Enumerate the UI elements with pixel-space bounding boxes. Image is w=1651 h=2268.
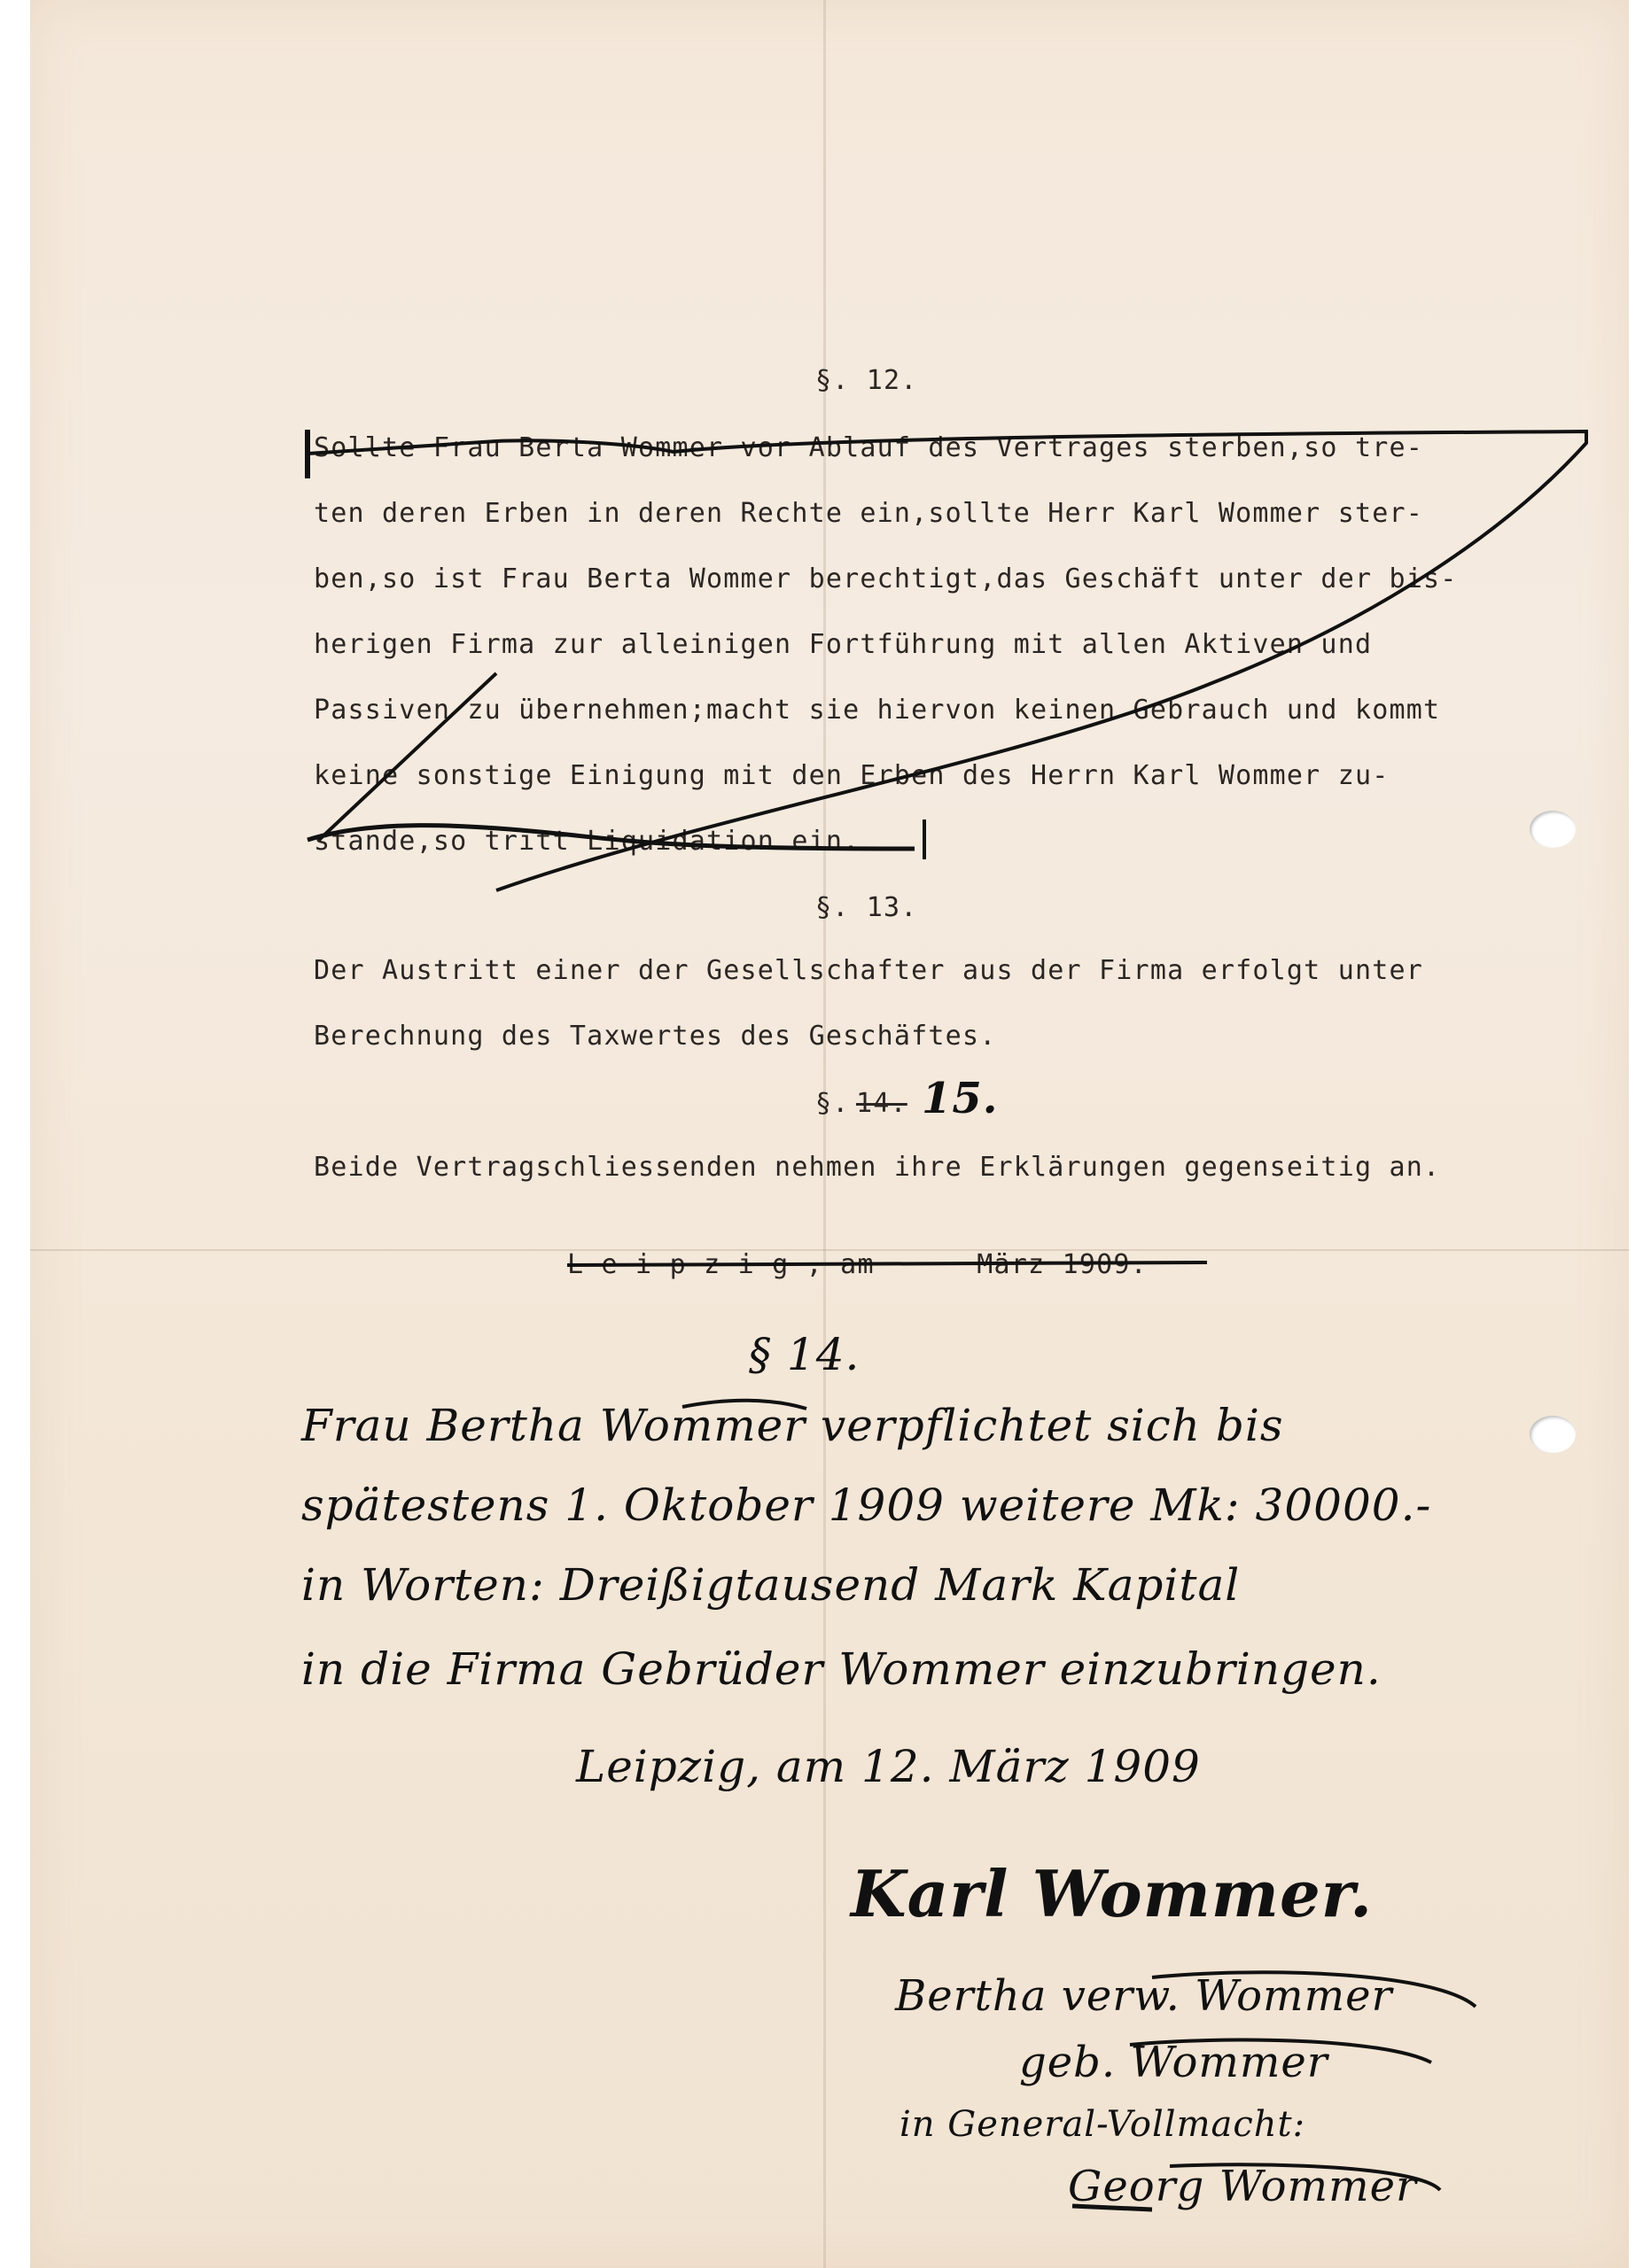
handwritten-line-1: Frau Bertha Wommer verpflichtet sich bis (301, 1400, 1284, 1451)
section-12-line-2: ten deren Erben in deren Rechte ein,soll… (314, 498, 1423, 529)
section-12-line-3: ben,so ist Frau Berta Wommer berechtigt,… (314, 563, 1458, 594)
section-12-line-6: keine sonstige Einigung mit den Erben de… (314, 760, 1389, 791)
typed-place-date-struck: L e i p z i g , am März 1909. (567, 1249, 1148, 1280)
section-12-line-5: Passiven zu übernehmen;macht sie hiervon… (314, 695, 1440, 726)
vertical-fold-crease (823, 0, 826, 2268)
section-15-old-number: 14. (856, 1088, 907, 1119)
signature-bertha-line-2: geb. Wommer (1019, 2038, 1328, 2087)
section-12-heading: §. 12. (815, 365, 918, 396)
signature-georg-wommer: Georg Wommer (1068, 2162, 1417, 2211)
signature-bertha-line-1: Bertha verw. Wommer (895, 1971, 1392, 2021)
punch-hole-top (1530, 811, 1576, 848)
section-12-line-4: herigen Firma zur alleinigen Fortführung… (314, 629, 1372, 660)
section-15-line-1: Beide Vertragschliessenden nehmen ihre E… (314, 1152, 1440, 1183)
section-13-line-2: Berechnung des Taxwertes des Geschäftes. (314, 1021, 996, 1052)
section-15-heading-prefix: §. (815, 1088, 850, 1119)
section-12-line-1: Sollte Frau Berta Wommer vor Ablauf des … (314, 432, 1423, 463)
section-13-heading: §. 13. (815, 892, 918, 923)
handwritten-section-14-heading: § 14. (749, 1329, 860, 1380)
handwritten-line-4: in die Firma Gebrüder Wommer einzubringe… (301, 1643, 1382, 1695)
handwritten-place-date: Leipzig, am 12. März 1909 (576, 1741, 1201, 1792)
section-15-handwritten-number: 15. (922, 1074, 999, 1123)
punch-hole-bottom (1530, 1416, 1576, 1453)
section-12-line-7: stande,so tritt Liquidation ein. (314, 826, 860, 857)
signature-karl-wommer: Karl Wommer. (851, 1856, 1373, 1931)
signature-general-vollmacht: in General-Vollmacht: (899, 2104, 1305, 2145)
handwritten-line-3: in Worten: Dreißigtausend Mark Kapital (301, 1559, 1240, 1611)
handwritten-line-2: spätestens 1. Oktober 1909 weitere Mk: 3… (301, 1480, 1431, 1531)
paper-sheet (30, 0, 1629, 2268)
section-13-line-1: Der Austritt einer der Gesellschafter au… (314, 955, 1423, 986)
